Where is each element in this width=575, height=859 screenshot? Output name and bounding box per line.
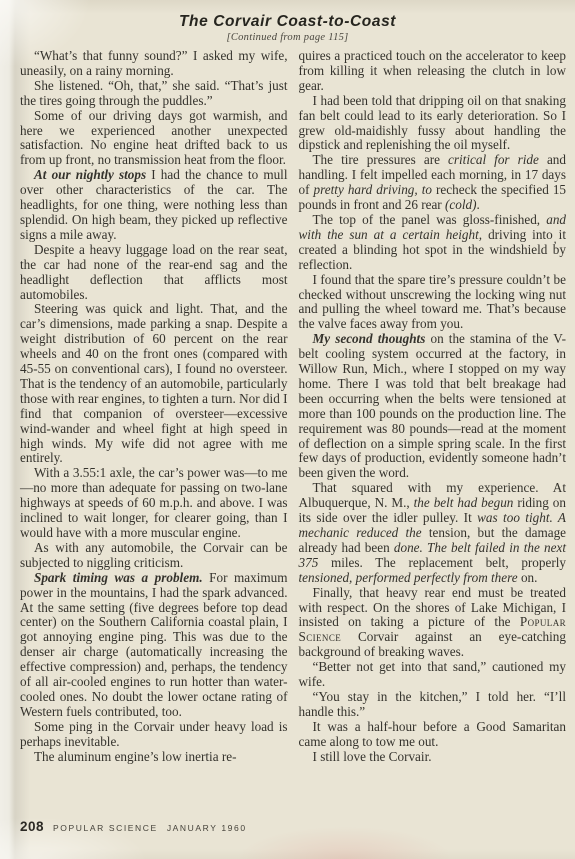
article-column-left: “What’s that funny sound?” I asked my wi… (20, 49, 288, 765)
paragraph: With a 3.55:1 axle, the car’s power was—… (20, 466, 288, 541)
text-segment: She listened. “Oh, that,” she said. “Tha… (20, 78, 288, 108)
paragraph: I still love the Corvair. (299, 750, 567, 765)
article-column-right: quires a practiced touch on the accelera… (299, 49, 567, 765)
paragraph: The top of the panel was gloss-finished,… (299, 213, 567, 273)
paragraph: I found that the spare tire’s pressure c… (299, 273, 567, 333)
paragraph: My second thoughts on the stamina of the… (299, 332, 567, 481)
text-segment: The aluminum engine’s low inertia re- (34, 749, 237, 764)
paragraph: It was a half-hour before a Good Samarit… (299, 720, 567, 750)
text-segment: As with any automobile, the Corvair can … (20, 540, 288, 570)
text-segment: Despite a heavy luggage load on the rear… (20, 242, 288, 302)
text-segment: miles. The replacement belt, properly (318, 555, 566, 570)
paragraph: The aluminum engine’s low inertia re- (20, 750, 288, 765)
text-segment: Some of our driving days got warmish, an… (20, 108, 288, 168)
text-segment: “What’s that funny sound?” I asked my wi… (20, 48, 288, 78)
text-segment: (cold) (445, 197, 477, 212)
stray-ink-mark: ’ (552, 238, 556, 254)
paragraph: “Better not get into that sand,” caution… (299, 660, 567, 690)
paragraph: “What’s that funny sound?” I asked my wi… (20, 49, 288, 79)
text-segment: . (477, 197, 480, 212)
paragraph: I had been told that dripping oil on tha… (299, 94, 567, 154)
paragraph: Some of our driving days got warmish, an… (20, 109, 288, 169)
paragraph: At our nightly stops I had the chance to… (20, 168, 288, 243)
article-header: The Corvair Coast-to-Coast [Continued fr… (0, 0, 575, 43)
text-segment: quires a practiced touch on the accelera… (299, 48, 567, 93)
text-segment: At our nightly stops (34, 167, 146, 182)
paragraph: That squared with my experience. At Albu… (299, 481, 567, 585)
text-segment: I still love the Corvair. (313, 749, 432, 764)
text-segment: With a 3.55:1 axle, the car’s power was—… (20, 465, 288, 540)
text-segment: on. (518, 570, 538, 585)
paragraph: Steering was quick and light. That, and … (20, 302, 288, 466)
text-segment: pretty hard driving, to (314, 182, 432, 197)
text-segment: “You stay in the kitchen,” I told her. “… (299, 689, 567, 719)
text-segment: I found that the spare tire’s pressure c… (299, 272, 567, 332)
text-segment: “Better not get into that sand,” caution… (299, 659, 567, 689)
text-segment: It was a half-hour before a Good Samarit… (299, 719, 567, 749)
footer-issue-date: JANUARY 1960 (167, 823, 247, 833)
article-body: “What’s that funny sound?” I asked my wi… (0, 43, 575, 765)
footer-page-number: 208 (20, 819, 44, 834)
text-segment: tensioned, performed perfectly from ther… (299, 570, 518, 585)
paragraph: As with any automobile, the Corvair can … (20, 541, 288, 571)
paragraph: Despite a heavy luggage load on the rear… (20, 243, 288, 303)
paragraph: Some ping in the Corvair under heavy loa… (20, 720, 288, 750)
article-title: The Corvair Coast-to-Coast (0, 13, 575, 31)
text-segment: The tire pressures are (313, 152, 449, 167)
paragraph: Spark timing was a problem. For maximum … (20, 571, 288, 720)
text-segment: The top of the panel was gloss-finished, (313, 212, 547, 227)
text-segment: Some ping in the Corvair under heavy loa… (20, 719, 288, 749)
text-segment: on the stamina of the V-belt cooling sys… (299, 331, 567, 480)
continued-note: [Continued from page 115] (0, 32, 575, 43)
magazine-page: The Corvair Coast-to-Coast [Continued fr… (0, 0, 575, 859)
paragraph: “You stay in the kitchen,” I told her. “… (299, 690, 567, 720)
paragraph: She listened. “Oh, that,” she said. “Tha… (20, 79, 288, 109)
paragraph: Finally, that heavy rear end must be tre… (299, 586, 567, 661)
text-segment: Steering was quick and light. That, and … (20, 301, 288, 465)
footer-magazine-title: POPULAR SCIENCE (53, 823, 158, 833)
text-segment: critical for ride (448, 152, 539, 167)
text-segment: I had been told that dripping oil on tha… (299, 93, 567, 153)
text-segment: the belt had begun (414, 495, 514, 510)
paragraph: The tire pressures are critical for ride… (299, 153, 567, 213)
paragraph: quires a practiced touch on the accelera… (299, 49, 567, 94)
text-segment: My second thoughts (313, 331, 426, 346)
page-footer: 208 POPULAR SCIENCE JANUARY 1960 (20, 819, 247, 834)
text-segment: For maximum power in the mountains, I ha… (20, 570, 288, 719)
text-segment: Spark timing was a problem. (34, 570, 203, 585)
